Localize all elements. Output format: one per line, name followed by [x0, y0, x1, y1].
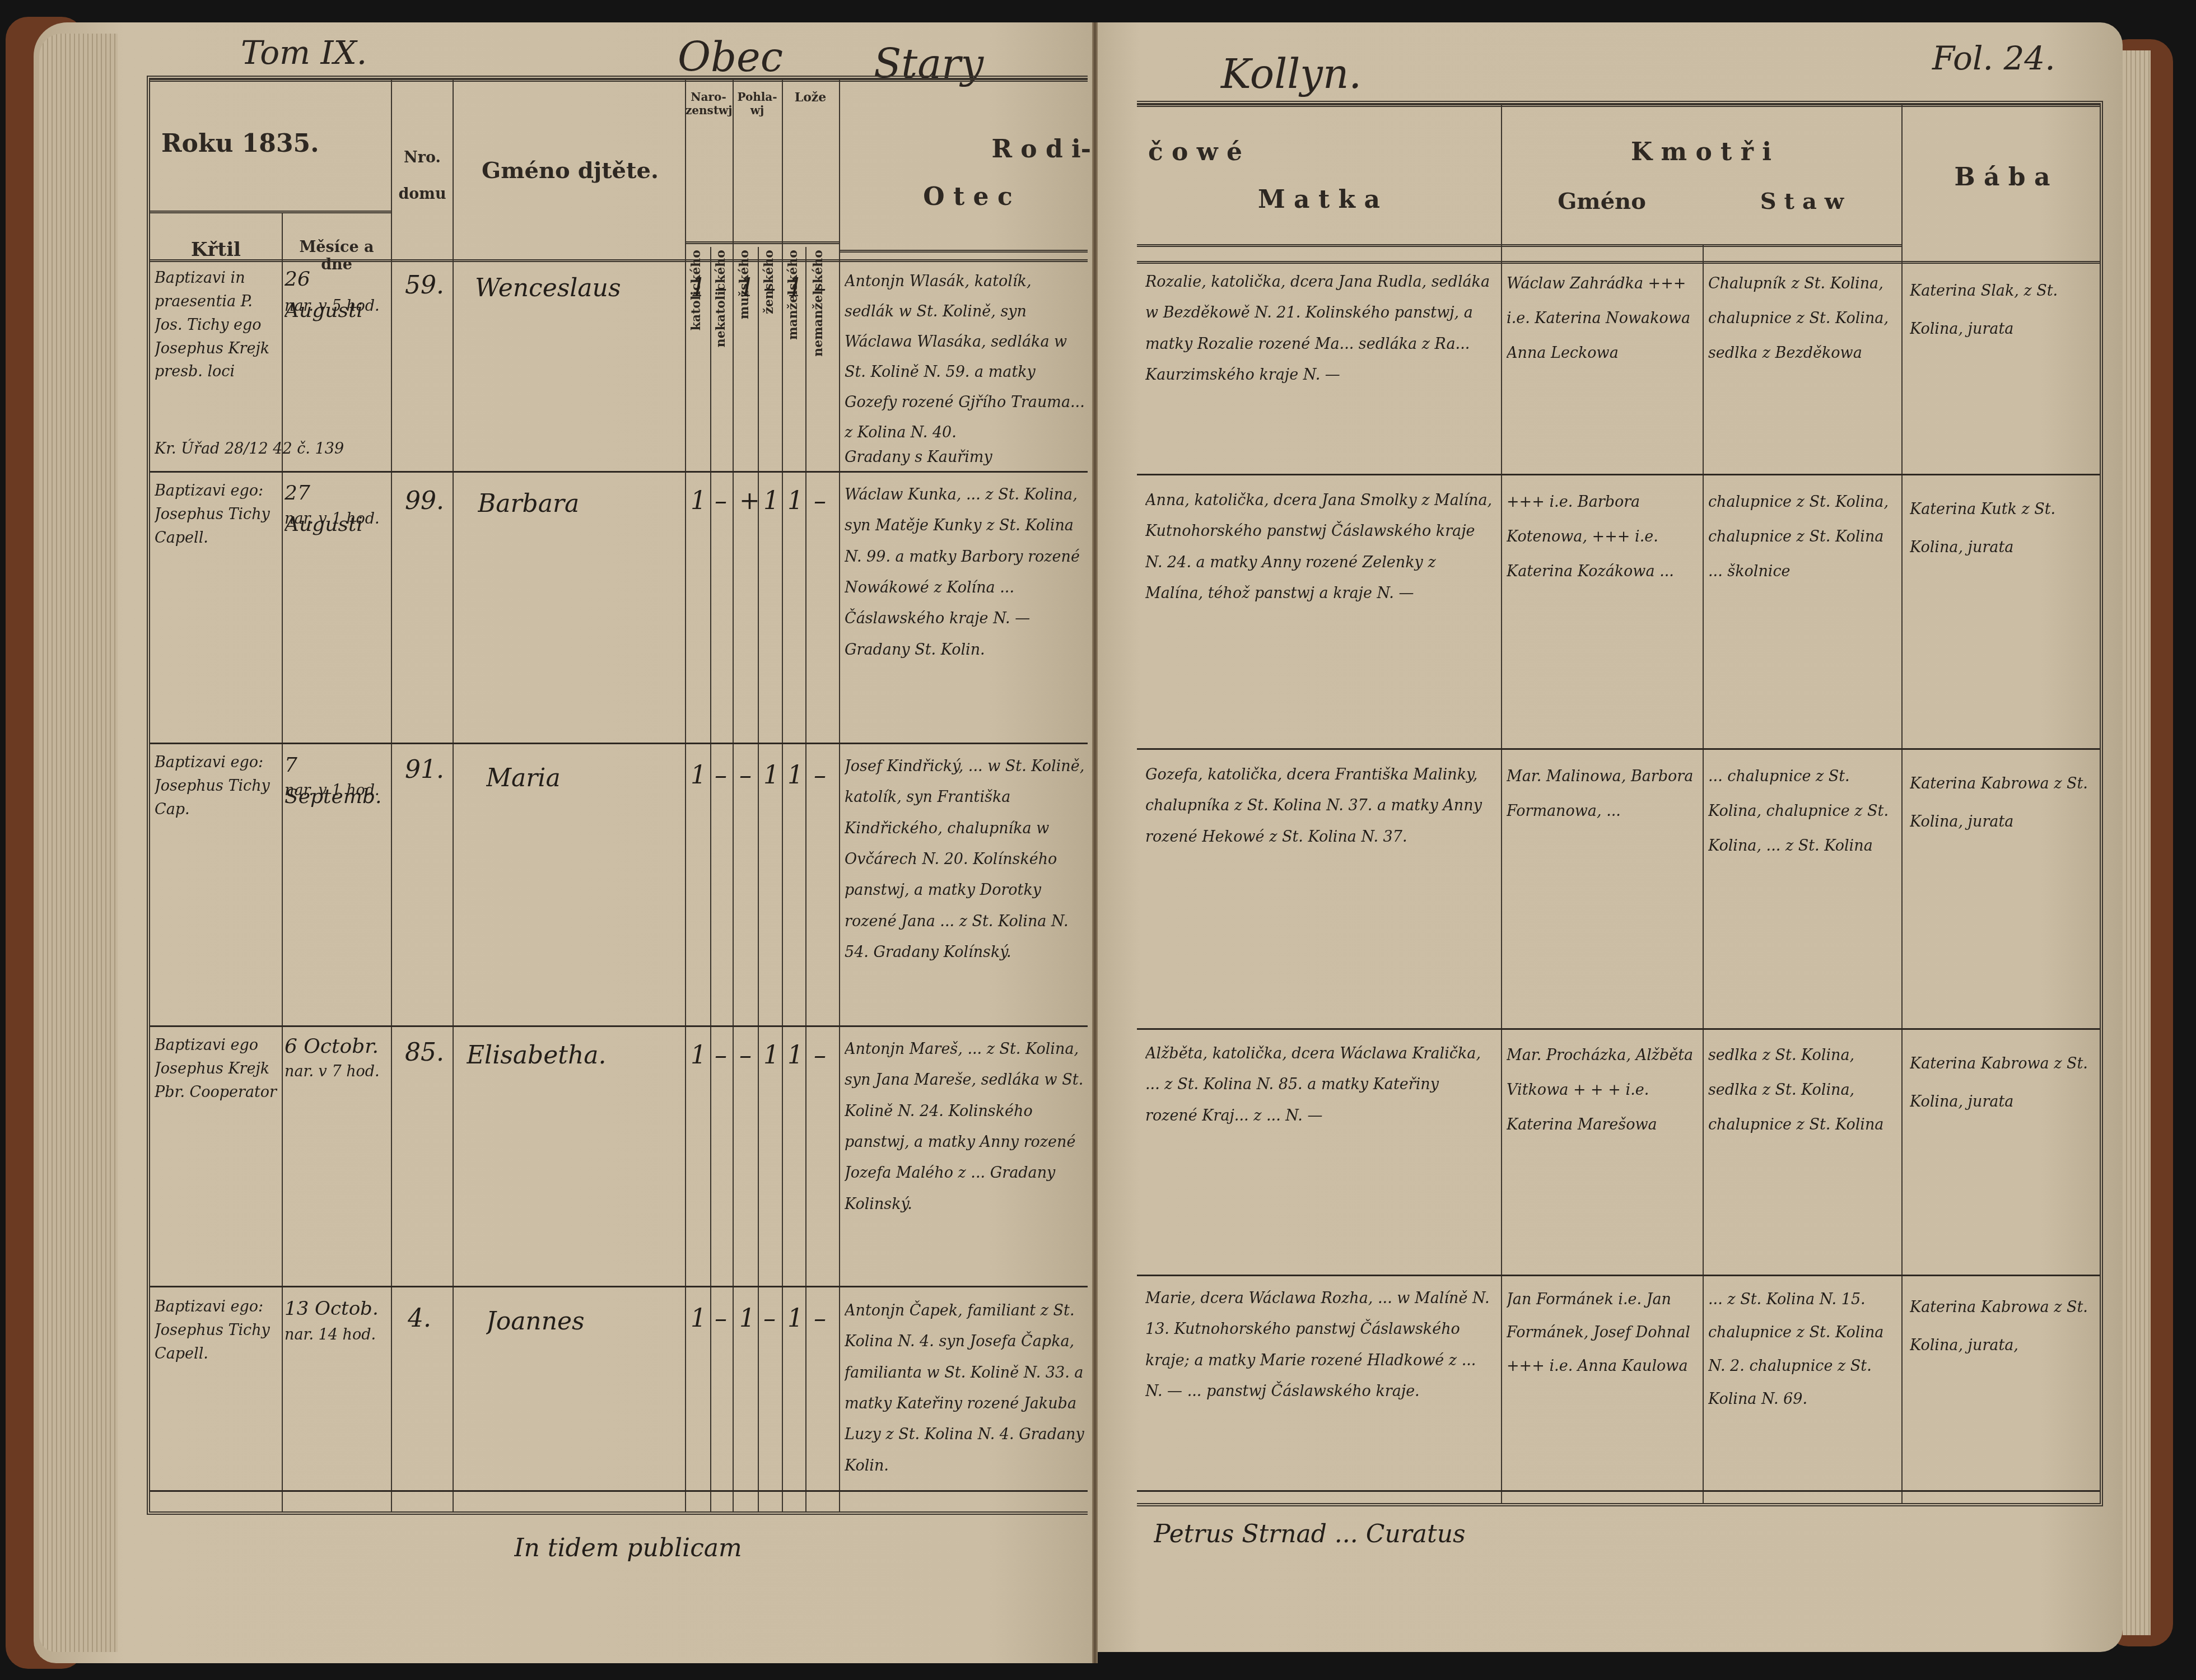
godparent-names: Wáclaw Zahrádka +++ i.e. Katerina Nowako…: [1507, 267, 1697, 371]
birth-mark-noncatholic: –: [715, 1300, 727, 1338]
father-details: Josef Kindřický, ... w St. Kolině, katol…: [845, 751, 1085, 968]
birth-mark-noncatholic: –: [715, 482, 727, 520]
birth-mark-legitimate: 1: [787, 482, 803, 520]
baptizer: Baptizavi ego: Josephus Tichy Capell.: [155, 479, 281, 550]
birth-mark-noncatholic: –: [715, 269, 727, 307]
attestation-signature: Petrus Strnad ... Curatus: [1154, 1515, 1714, 1553]
birth-mark-legitimate: 1: [787, 269, 803, 307]
birth-mark-illegitimate: –: [814, 757, 826, 795]
birth-mark-female: 1: [763, 757, 779, 795]
col-header-godparents: K m o t ř i: [1501, 138, 1901, 166]
birth-mark-male: 1: [739, 269, 755, 307]
col-header-year: Roku 1835.: [161, 129, 385, 158]
birth-mark-catholic: 1: [691, 269, 706, 307]
house-number: 85.: [405, 1034, 450, 1072]
birth-mark-male: –: [739, 1037, 752, 1075]
book-gutter: [1092, 22, 1098, 1663]
birth-mark-female: 1: [763, 482, 779, 520]
godparent-status: ... chalupnice z St. Kolina, chalupnice …: [1708, 759, 1899, 864]
parish-label: Obec: [678, 34, 783, 81]
birth-mark-female: 1: [763, 1037, 779, 1075]
birth-mark-catholic: 1: [691, 482, 706, 520]
house-number: 91.: [405, 751, 450, 789]
mother-details: Marie, dcera Wáclawa Rozha, ... w Malíně…: [1145, 1283, 1495, 1407]
register-table-right: č o w é M a t k a K m o t ř i Gméno S t …: [1137, 101, 2103, 1506]
birth-mark-male: –: [739, 757, 752, 795]
folio-number: Fol. 24.: [1932, 39, 2055, 77]
birth-mark-catholic: 1: [691, 1300, 706, 1338]
birth-mark-illegitimate: –: [814, 1300, 826, 1338]
volume-label: Tom IX.: [241, 34, 367, 72]
child-name: Wenceslaus: [475, 269, 682, 307]
col-header-midwife: B á b a: [1901, 163, 2103, 192]
col-header-parents-part2: č o w é: [1148, 138, 1316, 166]
baptizer: Baptizavi ego: Josephus Tichy Capell.: [155, 1295, 281, 1366]
father-details: Antonjn Mareš, ... z St. Kolina, syn Jan…: [845, 1034, 1085, 1220]
midwife: Katerina Slak, z St. Kolina, jurata: [1910, 272, 2095, 348]
col-header-father: O t e c: [845, 183, 1091, 211]
father-details: Antonjn Čapek, familiant z St. Kolina N.…: [845, 1295, 1085, 1481]
col-header-birth-type: Naro-zenstwj: [686, 90, 731, 117]
birth-mark-catholic: 1: [691, 757, 706, 795]
parish-name-right: Kollyn.: [1221, 50, 1362, 97]
house-number: 59.: [405, 267, 450, 305]
child-name: Maria: [486, 759, 677, 797]
baptizer: Baptizavi ego: Josephus Tichy Cap.: [155, 751, 281, 822]
col-header-bed: Lože: [783, 90, 838, 105]
col-header-godparent-status: S t a w: [1703, 188, 1901, 214]
godparent-status: chalupnice z St. Kolina, chalupnice z St…: [1708, 485, 1899, 589]
birth-date-note: nar. v 5 hod.: [285, 295, 391, 318]
child-name: Joannes: [486, 1303, 677, 1341]
col-header-baptizer: Křtil: [150, 239, 282, 261]
midwife: Katerina Kabrowa z St. Kolina, jurata,: [1910, 1289, 2095, 1364]
attestation-left: In tidem publicam: [514, 1529, 1018, 1567]
godparent-names: +++ i.e. Barbora Kotenowa, +++ i.e. Kate…: [1507, 485, 1697, 589]
godparent-names: Mar. Malinowa, Barbora Formanowa, ...: [1507, 759, 1697, 829]
col-header-domu: domu: [392, 185, 453, 203]
birth-mark-male: 1: [739, 1300, 755, 1338]
col-header-parents-part1: R o d i-: [878, 135, 1091, 164]
col-header-child-name: Gméno djtěte.: [455, 157, 685, 184]
midwife: Katerina Kabrowa z St. Kolina, jurata: [1910, 1045, 2095, 1121]
birth-mark-legitimate: 1: [787, 757, 803, 795]
birth-mark-catholic: 1: [691, 1037, 706, 1075]
godparent-status: sedlka z St. Kolina, sedlka z St. Kolina…: [1708, 1038, 1899, 1142]
register-table-left: Roku 1835. Křtil Měsíce a dne Nro. domu …: [147, 76, 1088, 1515]
col-header-godparent-name: Gméno: [1501, 188, 1703, 214]
birth-mark-legitimate: 1: [787, 1037, 803, 1075]
mother-details: Rozalie, katolička, dcera Jana Rudla, se…: [1145, 267, 1495, 390]
house-number: 99.: [405, 482, 450, 520]
father-details: Wáclaw Kunka, ... z St. Kolina, syn Matě…: [845, 479, 1085, 665]
mother-details: Alžběta, katolička, dcera Wáclawa Kralič…: [1145, 1038, 1495, 1131]
baptizer: Baptizavi ego Josephus Krejk Pbr. Cooper…: [155, 1034, 281, 1104]
birth-date-note: nar. v 1 hod.: [285, 507, 391, 531]
birth-mark-male: +: [739, 482, 760, 520]
child-name: Elisabetha.: [467, 1037, 679, 1075]
midwife: Katerina Kabrowa z St. Kolina, jurata: [1910, 765, 2095, 841]
col-header-sex: Pohla-wj: [734, 90, 781, 117]
birth-mark-noncatholic: –: [715, 757, 727, 795]
house-number: 4.: [408, 1300, 453, 1338]
godparent-names: Jan Formánek i.e. Jan Formánek, Josef Do…: [1507, 1283, 1697, 1383]
father-note: Gradany s Kauřimy: [845, 446, 1085, 469]
page-edges-left: [39, 34, 118, 1652]
birth-mark-legitimate: 1: [787, 1300, 803, 1338]
godparent-status: ... z St. Kolina N. 15. chalupnice z St.…: [1708, 1283, 1899, 1416]
birth-date: 13 Octob.: [285, 1294, 391, 1324]
col-header-mother: M a t k a: [1137, 185, 1501, 214]
birth-mark-female: –: [763, 269, 776, 307]
godparent-names: Mar. Procházka, Alžběta Vitkowa + + + i.…: [1507, 1038, 1697, 1142]
birth-date-note: nar. v 1 hod.: [285, 779, 391, 802]
baptizer-note: Kr. Úřad 28/12 42 č. 139: [155, 437, 390, 461]
midwife: Katerina Kutk z St. Kolina, jurata: [1910, 491, 2095, 566]
birth-date: 6 Octobr.: [285, 1031, 391, 1062]
birth-date-note: nar. 14 hod.: [285, 1323, 391, 1347]
col-header-nro: Nro.: [392, 149, 453, 166]
birth-date-note: nar. v 7 hod.: [285, 1060, 391, 1084]
baptizer: Baptizavi in praesentia P. Jos. Tichy eg…: [155, 267, 281, 384]
child-name: Barbara: [478, 485, 679, 523]
birth-mark-illegitimate: –: [814, 482, 826, 520]
birth-mark-noncatholic: –: [715, 1037, 727, 1075]
page-edges-right: [2123, 50, 2151, 1635]
birth-mark-illegitimate: –: [814, 269, 826, 307]
mother-details: Anna, katolička, dcera Jana Smolky z Mal…: [1145, 485, 1495, 609]
godparent-status: Chalupník z St. Kolina, chalupnice z St.…: [1708, 267, 1899, 371]
birth-mark-illegitimate: –: [814, 1037, 826, 1075]
birth-mark-female: –: [763, 1300, 776, 1338]
father-details: Antonjn Wlasák, katolík, sedlák w St. Ko…: [845, 267, 1085, 448]
mother-details: Gozefa, katolička, dcera Františka Malin…: [1145, 759, 1495, 852]
